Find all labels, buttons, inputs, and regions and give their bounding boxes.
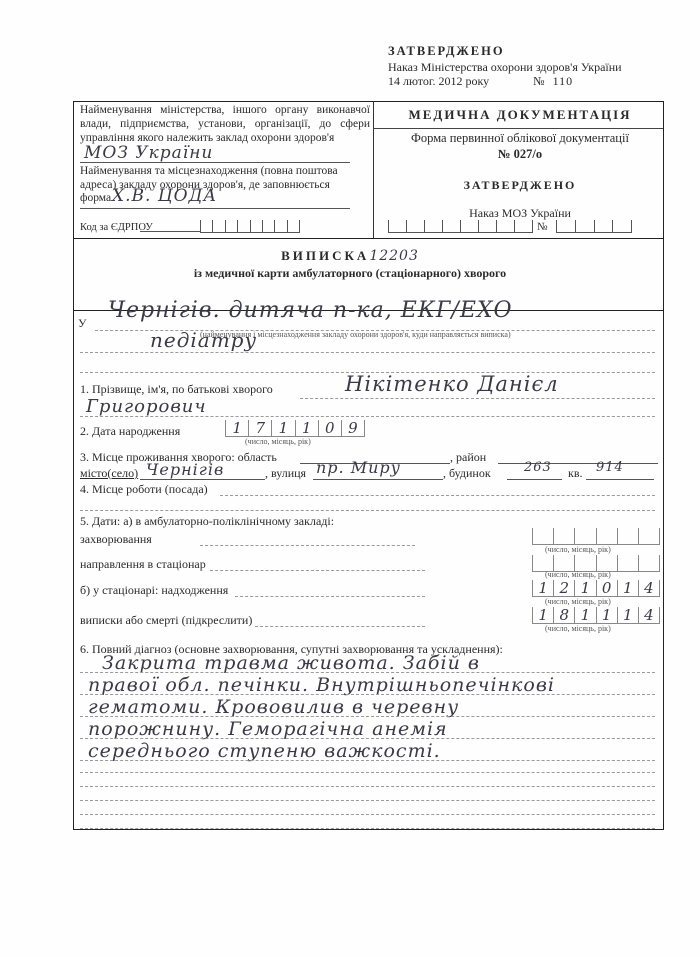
dob-cells[interactable]: 171109 [225, 420, 365, 437]
moz-order-date-cells[interactable] [388, 220, 533, 233]
blank-rule [80, 800, 655, 801]
date-digit[interactable]: 0 [319, 420, 342, 436]
dob-label: 2. Дата народження [80, 424, 180, 439]
recipient-line-2 [80, 352, 655, 353]
moz-order-no-label: № [537, 221, 548, 233]
form-subtitle: Форма первинної облікової документації [380, 131, 660, 146]
recipient-value-line2[interactable]: педіатру [150, 328, 257, 352]
admission-line [235, 596, 425, 597]
facility-form-label: форма [80, 192, 111, 204]
edrpou-cells[interactable] [200, 220, 300, 233]
date-digit[interactable]: 1 [533, 580, 554, 596]
date-digit[interactable]: 1 [272, 420, 295, 436]
referral-label: направлення в стаціонар [80, 557, 206, 572]
extract-title: ВИПИСКА12203 [0, 248, 700, 264]
illness-label: захворювання [80, 532, 152, 547]
date-digit[interactable]: 1 [597, 607, 618, 623]
ministry-line [80, 162, 350, 163]
date-digit[interactable]: 7 [249, 420, 272, 436]
blank-rule [80, 814, 655, 815]
med-doc-title: МЕДИЧНА ДОКУМЕНТАЦІЯ [380, 107, 660, 123]
diagnosis-rule [80, 694, 655, 695]
admission-label: б) у стаціонарі: надходження [80, 583, 228, 598]
city-value[interactable]: Чернігів [146, 460, 224, 479]
discharge-label: виписки або смерті (підкреслити) [80, 613, 252, 628]
work-line-2 [80, 510, 655, 511]
date-digit[interactable]: 1 [533, 607, 554, 623]
apt-line [586, 479, 654, 480]
blank-rule [80, 772, 655, 773]
date-digit[interactable]: 4 [639, 607, 659, 623]
extract-title-text: ВИПИСКА [281, 248, 369, 263]
diagnosis-line[interactable]: Закрита травма живота. Забій в [102, 652, 480, 674]
recipient-value-line1[interactable]: Чернігів. дитяча п-ка, ЕКГ/ЕХО [108, 298, 513, 323]
header-divider-vertical [373, 101, 374, 239]
house-value[interactable]: 263 [524, 460, 552, 475]
moz-order-no-cells[interactable] [556, 220, 632, 233]
date-digit[interactable]: 0 [597, 580, 618, 596]
blank-rule [80, 786, 655, 787]
city-label: місто(село) [80, 466, 138, 481]
street-line [313, 479, 443, 480]
house-label: , будинок [443, 466, 491, 481]
date-digit[interactable]: 1 [618, 580, 639, 596]
diagnosis-line[interactable]: гематоми. Крововилив в черевну [88, 696, 459, 718]
admission-cells[interactable]: 121014 [532, 580, 660, 597]
illness-cells[interactable] [532, 528, 660, 545]
ministry-value[interactable]: МОЗ України [84, 143, 213, 163]
diagnosis-line[interactable]: середнього ступеню важкості. [88, 740, 441, 762]
date-digit[interactable]: 2 [554, 580, 575, 596]
order-no: 110 [553, 74, 574, 88]
work-line-1 [220, 495, 655, 496]
ministry-order: Наказ Міністерства охорони здоров'я Укра… [388, 60, 622, 75]
order-no-label: № [533, 74, 544, 88]
discharge-cells[interactable]: 181114 [532, 607, 660, 624]
recipient-prefix: У [78, 316, 87, 331]
date-digit[interactable]: 1 [226, 420, 249, 436]
name-value-2[interactable]: Григорович [86, 396, 207, 417]
blank-rule [80, 828, 655, 829]
edrpou-leader [140, 231, 200, 232]
work-label: 4. Місце роботи (посада) [80, 482, 208, 497]
diagnosis-rule [80, 672, 655, 673]
date-digit[interactable]: 8 [554, 607, 575, 623]
name-label: 1. Прізвище, ім'я, по батькові хворого [80, 382, 273, 397]
diagnosis-rule [80, 760, 655, 761]
diagnosis-line[interactable]: правої обл. печінки. Внутрішньопечінкові [88, 674, 555, 696]
date-digit[interactable]: 1 [618, 607, 639, 623]
admission-caption: (число, місяць, рік) [545, 597, 611, 606]
order-date-line: 14 лютог. 2012 року№110 [388, 74, 573, 89]
diagnosis-rule [80, 738, 655, 739]
city-line [140, 479, 265, 480]
approved-heading: ЗАТВЕРДЖЕНО [388, 44, 505, 59]
med-title-separator [373, 128, 663, 129]
dob-caption: (число, місяць, рік) [245, 437, 311, 446]
name-value-1[interactable]: Нікітенко Данієл [345, 372, 559, 396]
header-divider-horizontal [73, 238, 663, 239]
form-number: № 027/о [380, 147, 660, 162]
facility-line [80, 208, 350, 209]
illness-line [200, 545, 415, 546]
discharge-line [255, 626, 425, 627]
referral-line [210, 570, 425, 571]
name-line-1 [300, 398, 655, 399]
house-line [507, 479, 562, 480]
illness-caption: (число, місяць, рік) [545, 545, 611, 554]
date-digit[interactable]: 1 [575, 607, 596, 623]
date-digit[interactable]: 4 [639, 580, 659, 596]
name-line-2 [80, 416, 655, 417]
dates-title: 5. Дати: а) в амбулаторно-поліклінічному… [80, 514, 334, 529]
ministry-label: Найменування міністерства, іншого органу… [80, 103, 370, 145]
district-line [498, 463, 658, 464]
discharge-caption: (число, місяць, рік) [545, 624, 611, 633]
approved-moz: ЗАТВЕРДЖЕНО [380, 178, 660, 193]
order-date: 14 лютог. 2012 року [388, 74, 489, 88]
facility-value[interactable]: Х.В. ЦОДА [112, 186, 217, 206]
date-digit[interactable]: 9 [342, 420, 364, 436]
date-digit[interactable]: 1 [575, 580, 596, 596]
street-label: , вулиця [265, 466, 306, 481]
street-value[interactable]: пр. Миру [316, 458, 401, 477]
referral-caption: (число, місяць, рік) [545, 570, 611, 579]
date-digit[interactable]: 1 [296, 420, 319, 436]
district-label: , район [450, 450, 486, 465]
apt-value[interactable]: 914 [596, 460, 624, 475]
extract-number[interactable]: 12203 [369, 248, 419, 264]
diagnosis-line[interactable]: порожнину. Геморагічна анемія [88, 718, 448, 740]
extract-subtitle: із медичної карти амбулаторного (стаціон… [0, 266, 700, 281]
diagnosis-rule [80, 716, 655, 717]
moz-order: Наказ МОЗ України [380, 206, 660, 221]
apt-label: кв. [568, 466, 583, 481]
